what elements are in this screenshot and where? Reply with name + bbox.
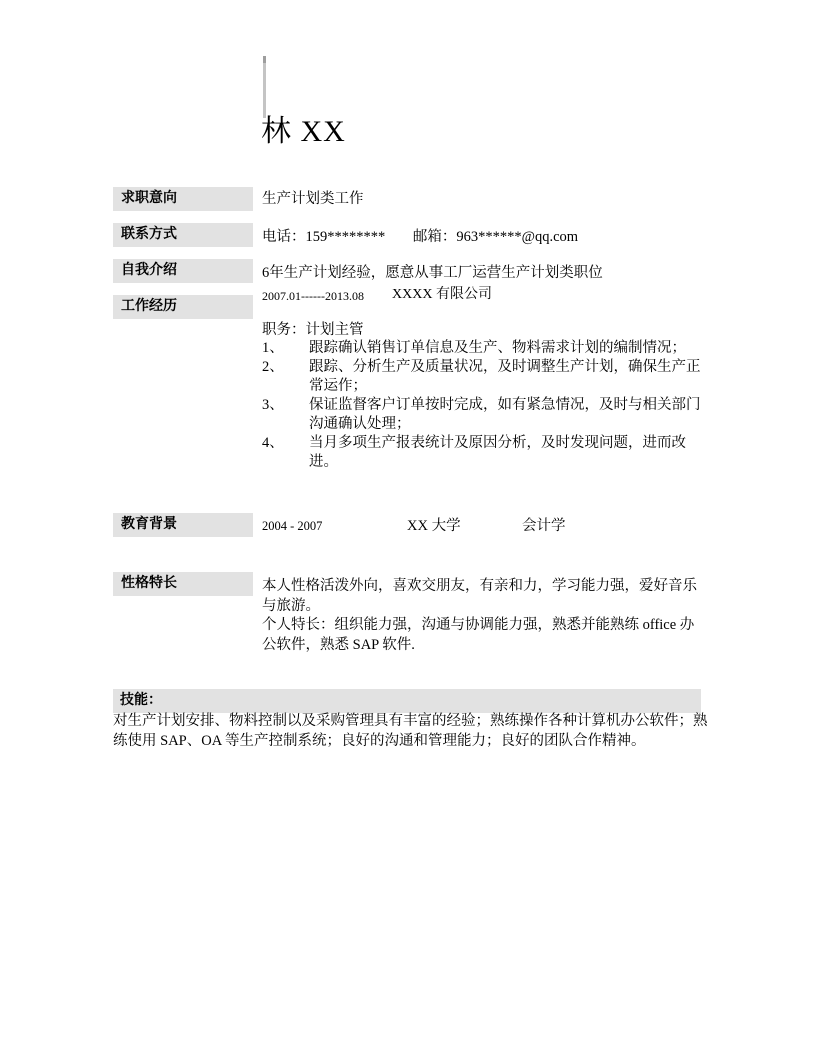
work-duty-item: 4、 当月多项生产报表统计及原因分析，及时发现问题，进而改进。 [262, 434, 712, 472]
work-duty-text: 当月多项生产报表统计及原因分析，及时发现问题，进而改进。 [309, 434, 703, 472]
section-label-personality: 性格特长 [113, 572, 253, 596]
education-period: 2004 - 2007 [262, 519, 322, 533]
work-duty-item: 3、 保证监督客户订单按时完成，如有紧急情况，及时与相关部门沟通确认处理； [262, 396, 712, 434]
work-duty-number: 3、 [262, 396, 309, 434]
intro-content: 6年生产计划经验，愿意从事工厂运营生产计划类职位 [262, 264, 603, 283]
work-position: 职务：计划主管 [262, 321, 364, 340]
work-company: XXXX 有限公司 [392, 285, 492, 304]
text-cursor-cap [263, 56, 266, 63]
work-duty-list: 1、 跟踪确认销售订单信息及生产、物料需求计划的编制情况； 2、 跟踪、分析生产… [262, 339, 712, 472]
skills-content: 对生产计划安排、物料控制以及采购管理具有丰富的经验；熟练操作各种计算机办公软件；… [113, 712, 711, 751]
personality-line1: 本人性格活泼外向，喜欢交朋友，有亲和力，学习能力强，爱好音乐与旅游。 [262, 577, 707, 616]
work-duty-text: 跟踪、分析生产及质量状况，及时调整生产计划，确保生产正常运作； [309, 358, 703, 396]
section-label-objective: 求职意向 [113, 187, 253, 211]
work-duty-number: 4、 [262, 434, 309, 472]
education-school: XX 大学 [407, 517, 461, 536]
candidate-name: 林 XX [261, 106, 346, 150]
section-label-work: 工作经历 [113, 295, 253, 319]
education-major: 会计学 [522, 517, 566, 536]
section-label-intro: 自我介绍 [113, 259, 253, 283]
skills-header-bar: 技能： [113, 689, 701, 713]
work-period-row: 2007.01------2013.08 XXXX 有限公司 [262, 287, 364, 306]
contact-content: 电话：159******** 邮箱：963******@qq.com [262, 228, 578, 247]
work-duty-text: 跟踪确认销售订单信息及生产、物料需求计划的编制情况； [309, 339, 703, 358]
contact-email: 邮箱：963******@qq.com [413, 229, 578, 245]
work-duty-text: 保证监督客户订单按时完成，如有紧急情况，及时与相关部门沟通确认处理； [309, 396, 703, 434]
work-period: 2007.01------2013.08 [262, 289, 364, 303]
section-label-education: 教育背景 [113, 513, 253, 537]
section-label-contact: 联系方式 [113, 223, 253, 247]
work-duty-number: 2、 [262, 358, 309, 396]
work-duty-number: 1、 [262, 339, 309, 358]
objective-content: 生产计划类工作 [262, 190, 364, 209]
contact-phone: 电话：159******** [262, 229, 385, 245]
personality-line2: 个人特长：组织能力强，沟通与协调能力强，熟悉并能熟练 office 办公软件，熟… [262, 616, 707, 655]
education-row: 2004 - 2007 XX 大学 会计学 [262, 517, 712, 536]
personality-content: 本人性格活泼外向，喜欢交朋友，有亲和力，学习能力强，爱好音乐与旅游。 个人特长：… [262, 577, 707, 655]
work-duty-item: 1、 跟踪确认销售订单信息及生产、物料需求计划的编制情况； [262, 339, 712, 358]
resume-page: 林 XX 求职意向 联系方式 自我介绍 工作经历 教育背景 性格特长 生产计划类… [0, 0, 816, 1056]
work-duty-item: 2、 跟踪、分析生产及质量状况，及时调整生产计划，确保生产正常运作； [262, 358, 712, 396]
